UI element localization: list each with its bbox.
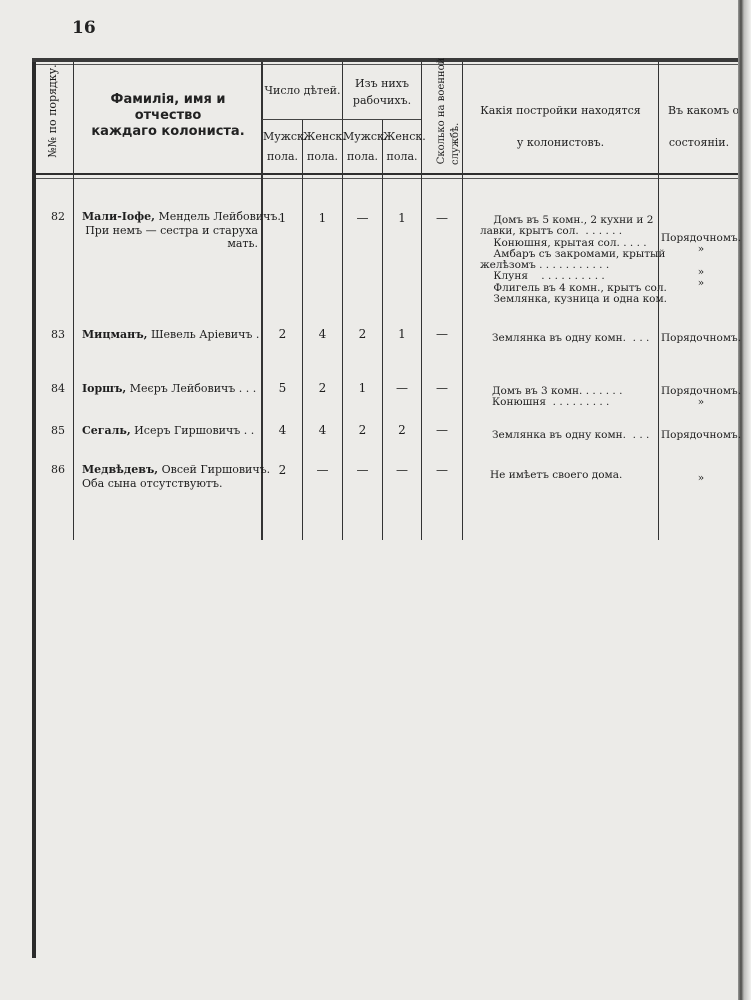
header-workers-female-1: Женск. (383, 130, 421, 144)
colonist-name: Сегаль, Исеръ Гиршовичъ . . (82, 424, 258, 437)
col-rule-1 (73, 62, 74, 540)
condition: » (660, 473, 742, 484)
header-bottom-rule (36, 173, 738, 175)
condition: Порядочномъ. (660, 430, 742, 441)
surname: Іоршъ, (82, 382, 126, 395)
header-military-line2: службѣ. (450, 57, 464, 165)
colonist-name: Мали-Іофе, Мендель Лейбовичъ. (82, 210, 258, 223)
header-children-female-1: Женск. (303, 130, 342, 144)
header-workers-group-line2: рабочихъ. (343, 94, 421, 108)
buildings: Домъ въ 3 комн. . . . . . . Конюшня . . … (492, 386, 656, 409)
workers-male: — (343, 212, 382, 225)
row-number: 83 (46, 328, 70, 341)
row-number: 82 (46, 210, 70, 223)
page-number: 16 (72, 18, 96, 38)
condition: Порядочномъ. (660, 333, 742, 344)
colonist-name: Мицманъ, Шевель Аріевичъ . (82, 328, 258, 341)
header-workers-female-2: пола. (383, 150, 421, 164)
buildings: Не имѣетъ своего дома. (490, 470, 654, 481)
given-name: Овсей Гиршовичъ. (158, 463, 270, 476)
header-children-group: Число дѣтей. (263, 84, 342, 98)
given-name: Исеръ Гиршовичъ . . (131, 424, 255, 437)
workers-female: 1 (383, 212, 421, 225)
workers-male: 1 (343, 382, 382, 395)
workers-female: — (383, 382, 421, 395)
workers-female: 1 (383, 328, 421, 341)
header-workers-male-1: Мужск. (343, 130, 382, 144)
children-female: — (303, 464, 342, 477)
children-female: 4 (303, 328, 342, 341)
surname: Мицманъ, (82, 328, 147, 341)
children-male: 1 (263, 212, 302, 225)
buildings: Землянка въ одну комн. . . . (492, 333, 656, 344)
children-female: 2 (303, 382, 342, 395)
workers-male: 2 (343, 424, 382, 437)
group-header-rule (262, 119, 421, 120)
header-name-line2: каждаго колониста. (76, 124, 260, 140)
military-service: — (422, 212, 462, 225)
colonist-note: Оба сына отсутствуютъ. (82, 477, 258, 490)
children-male: 2 (263, 464, 302, 477)
header-workers-group-line1: Изъ нихъ (343, 77, 421, 91)
workers-male: 2 (343, 328, 382, 341)
children-male: 5 (263, 382, 302, 395)
header-children-female-2: пола. (303, 150, 342, 164)
header-condition-line2: состояніи. (660, 136, 738, 150)
row-number: 84 (46, 382, 70, 395)
header-buildings-line2: у колонистовъ. (463, 136, 658, 150)
book-gutter (738, 0, 751, 1000)
header-bottom-rule-inner (36, 178, 738, 179)
buildings: Домъ въ 5 комн., 2 кухни и 2 лавки, крыт… (480, 215, 656, 305)
children-female: 1 (303, 212, 342, 225)
colonist-note: При немъ — сестра и старуха мать. (82, 224, 258, 250)
colonist-name: Медвѣдевъ, Овсей Гиршовичъ. (82, 463, 258, 476)
header-condition-line1: Въ какомъ онѣ (660, 104, 738, 118)
condition: Порядочномъ. » (660, 386, 742, 409)
header-name-line1: Фамилія, имя и отчество (76, 92, 260, 124)
row-number: 85 (46, 424, 70, 437)
header-children-male-1: Мужск. (263, 130, 302, 144)
military-service: — (422, 328, 462, 341)
header-order-no: №№ по порядку. (47, 55, 61, 167)
table-top-border (32, 58, 738, 62)
given-name: Шевель Аріевичъ . (147, 328, 259, 341)
table-top-border-inner (36, 64, 738, 65)
workers-female: — (383, 464, 421, 477)
colonist-name: Іоршъ, Меєръ Лейбовичъ . . . (82, 382, 258, 395)
surname: Сегаль, (82, 424, 131, 437)
header-buildings-line1: Какія постройки находятся (463, 104, 658, 118)
workers-male: — (343, 464, 382, 477)
given-name: Меєръ Лейбовичъ . . . (126, 382, 256, 395)
header-military-line1: Сколько на военной (436, 57, 450, 165)
condition: Порядочномъ. » » » (660, 233, 742, 289)
table-left-border (32, 58, 36, 958)
surname: Мали-Іофе, (82, 210, 155, 223)
surname: Медвѣдевъ, (82, 463, 158, 476)
military-service: — (422, 464, 462, 477)
military-service: — (422, 382, 462, 395)
children-female: 4 (303, 424, 342, 437)
military-service: — (422, 424, 462, 437)
buildings: Землянка въ одну комн. . . . (492, 430, 656, 441)
header-workers-male-2: пола. (343, 150, 382, 164)
children-male: 2 (263, 328, 302, 341)
header-children-male-2: пола. (263, 150, 302, 164)
row-number: 86 (46, 463, 70, 476)
workers-female: 2 (383, 424, 421, 437)
children-male: 4 (263, 424, 302, 437)
